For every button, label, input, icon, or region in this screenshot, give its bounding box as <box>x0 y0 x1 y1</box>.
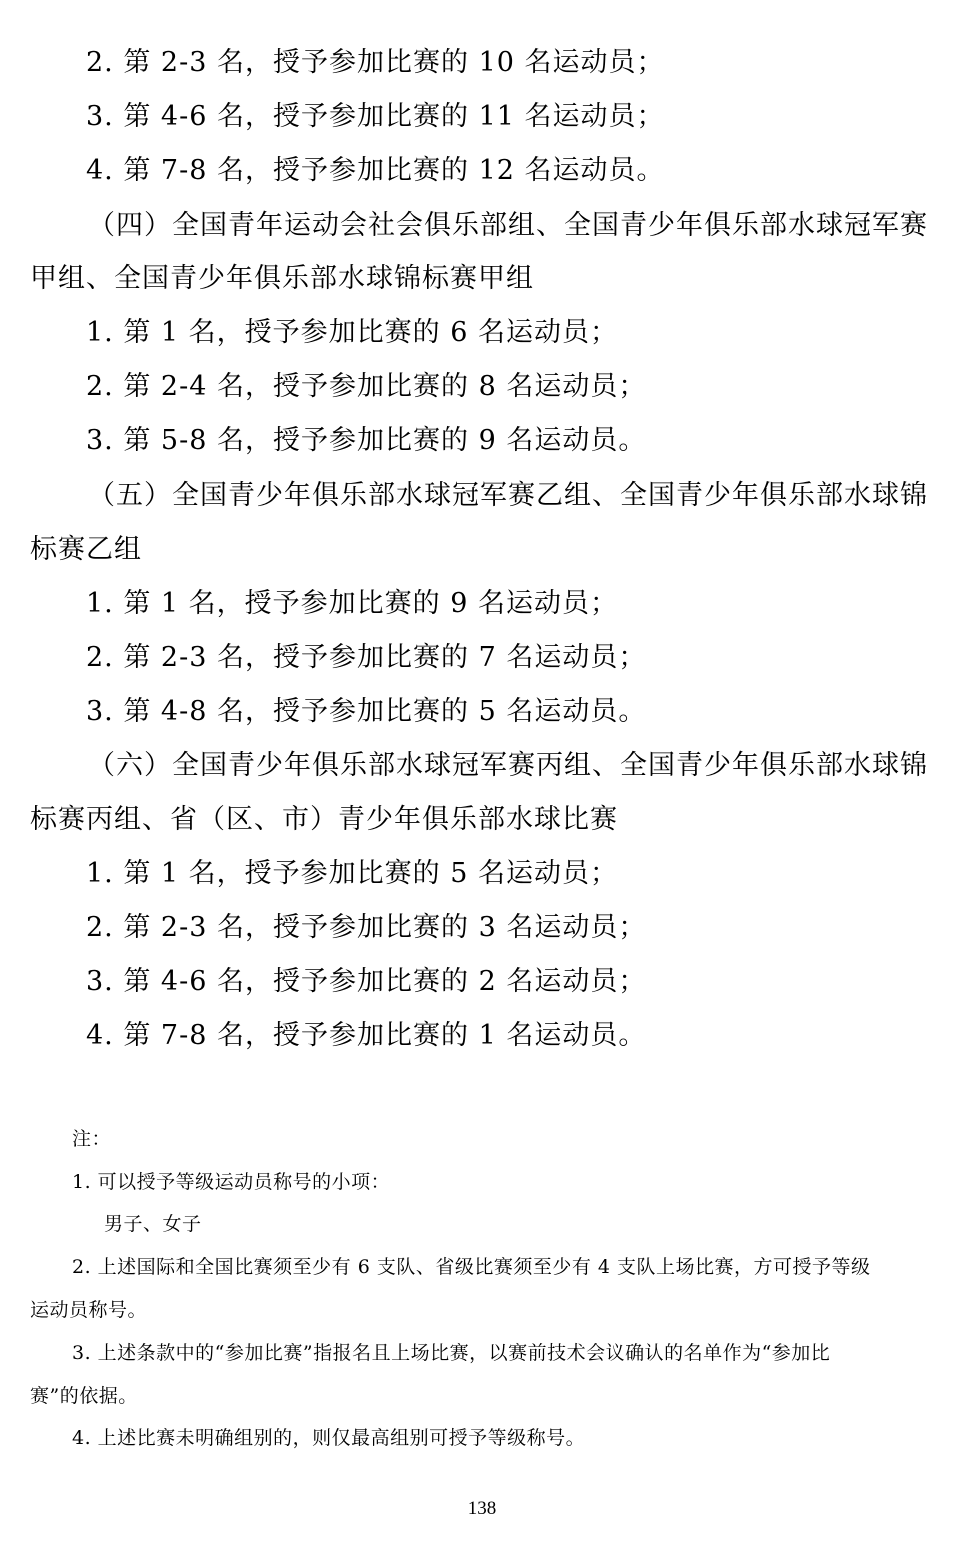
note-continuation: 运动员称号。 <box>30 1289 147 1332</box>
award-rule-line: 3. 第 5-8 名，授予参加比赛的 9 名运动员。 <box>86 414 646 468</box>
award-rule-line: 4. 第 7-8 名，授予参加比赛的 12 名运动员。 <box>86 144 665 198</box>
note-continuation: 赛”的依据。 <box>30 1375 138 1418</box>
section-heading-4-continued: 甲组、全国青少年俱乐部水球锦标赛甲组 <box>30 252 534 306</box>
note-item: 3. 上述条款中的“参加比赛”指报名且上场比赛，以赛前技术会议确认的名单作为“参… <box>72 1332 830 1375</box>
award-rule-line: 2. 第 2-3 名，授予参加比赛的 10 名运动员； <box>86 36 665 90</box>
section-heading-6-continued: 标赛丙组、省（区、市）青少年俱乐部水球比赛 <box>30 793 618 847</box>
page-number: 138 <box>0 1498 964 1520</box>
award-rule-line: 3. 第 4-8 名，授予参加比赛的 5 名运动员。 <box>86 685 646 739</box>
note-item: 2. 上述国际和全国比赛须至少有 6 支队、省级比赛须至少有 4 支队上场比赛，… <box>72 1246 871 1289</box>
section-heading-6: （六）全国青少年俱乐部水球冠军赛丙组、全国青少年俱乐部水球锦 <box>88 739 928 793</box>
award-rule-line: 3. 第 4-6 名，授予参加比赛的 2 名运动员； <box>86 955 646 1009</box>
award-rule-line: 3. 第 4-6 名，授予参加比赛的 11 名运动员； <box>86 90 665 144</box>
note-item: 4. 上述比赛未明确组别的，则仅最高组别可授予等级称号。 <box>72 1417 585 1460</box>
note-subitem: 男子、女子 <box>104 1203 202 1246</box>
notes-title: 注： <box>72 1118 111 1161</box>
award-rule-line: 1. 第 1 名，授予参加比赛的 5 名运动员； <box>86 847 618 901</box>
section-heading-5-continued: 标赛乙组 <box>30 523 142 577</box>
award-rule-line: 1. 第 1 名，授予参加比赛的 6 名运动员； <box>86 306 618 360</box>
section-heading-5: （五）全国青少年俱乐部水球冠军赛乙组、全国青少年俱乐部水球锦 <box>88 469 928 523</box>
award-rule-line: 4. 第 7-8 名，授予参加比赛的 1 名运动员。 <box>86 1009 646 1063</box>
award-rule-line: 2. 第 2-3 名，授予参加比赛的 3 名运动员； <box>86 901 646 955</box>
section-heading-4: （四）全国青年运动会社会俱乐部组、全国青少年俱乐部水球冠军赛 <box>88 199 928 253</box>
award-rule-line: 2. 第 2-4 名，授予参加比赛的 8 名运动员； <box>86 360 646 414</box>
award-rule-line: 1. 第 1 名，授予参加比赛的 9 名运动员； <box>86 577 618 631</box>
award-rule-line: 2. 第 2-3 名，授予参加比赛的 7 名运动员； <box>86 631 646 685</box>
note-item: 1. 可以授予等级运动员称号的小项： <box>72 1161 390 1204</box>
